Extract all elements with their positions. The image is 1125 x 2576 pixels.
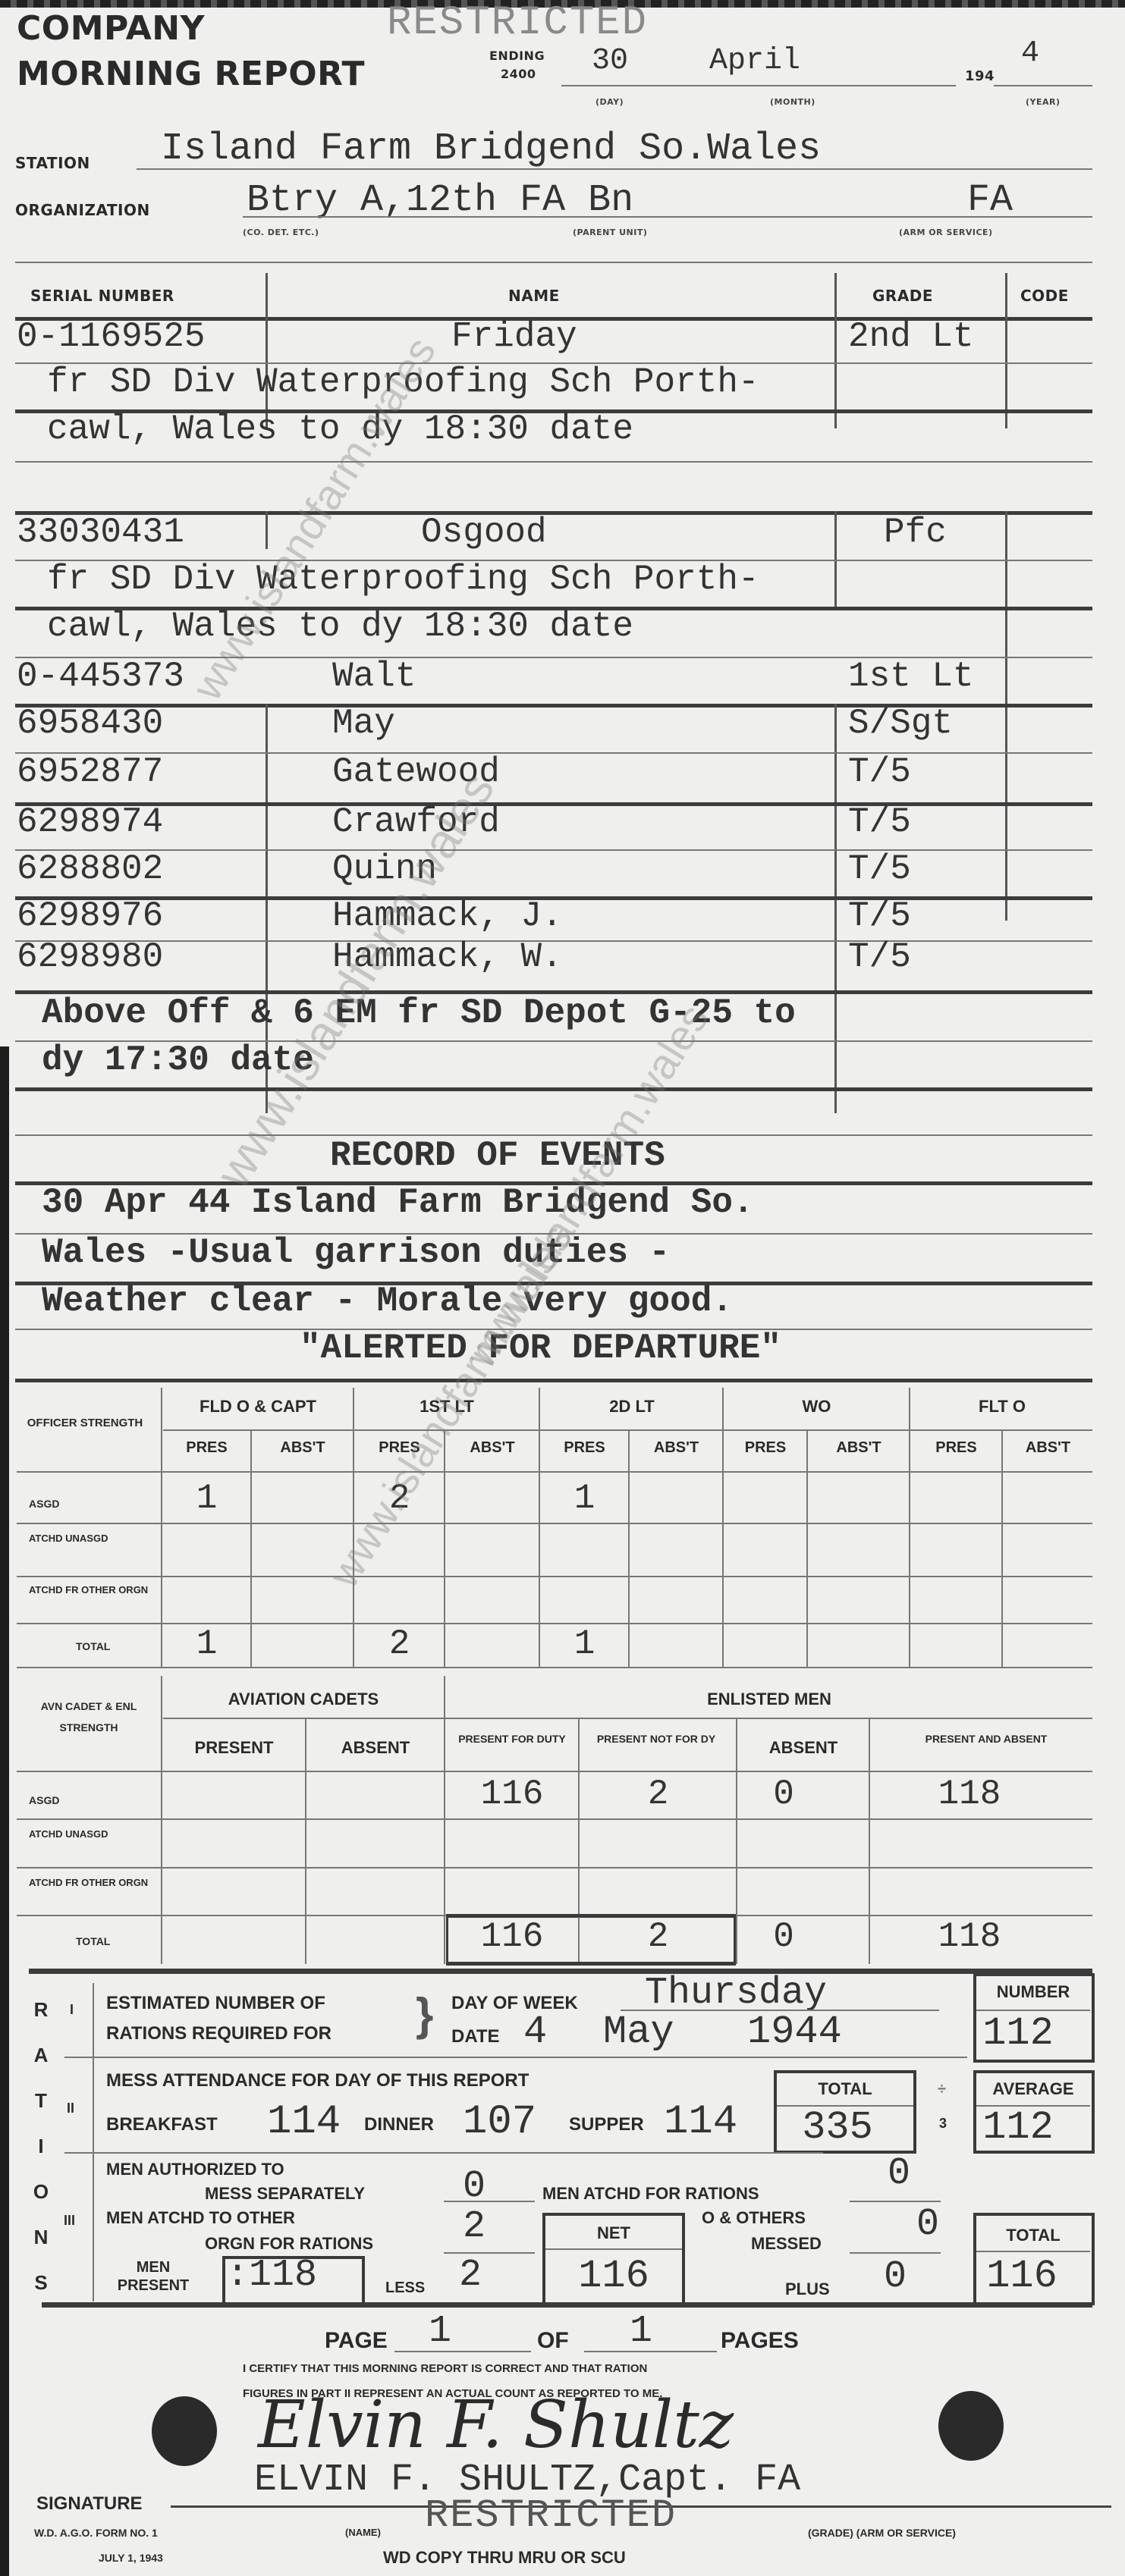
classification-bottom: RESTRICTED	[425, 2493, 677, 2538]
col-present-not-for-duty: PRESENT NOT FOR DY	[592, 1729, 721, 1749]
men-present-value: :118	[226, 2254, 317, 2297]
serial-number: 6952877	[17, 752, 163, 792]
station-value: Island Farm Bridgend So.Wales	[161, 127, 821, 171]
mess-attendance-label: MESS ATTENDANCE FOR DAY OF THIS REPORT	[106, 2070, 529, 2091]
day-of-week-value: Thursday	[645, 1972, 827, 2015]
soldier-grade: 1st Lt	[848, 657, 974, 696]
ration-date-month: May	[603, 2010, 674, 2054]
roster-closing-remark: Above Off & 6 EM fr SD Depot G-25 to	[42, 993, 796, 1033]
less-value: 2	[459, 2254, 482, 2297]
supper-count: 114	[664, 2099, 737, 2145]
soldier-name: Osgood	[421, 513, 547, 552]
page-number: 1	[429, 2310, 451, 2353]
rations-side-label: R A T I O N S	[32, 1987, 50, 2305]
estimated-rations-label: RATIONS REQUIRED FOR	[106, 2023, 332, 2044]
handwritten-signature: Elvin F. Shultz	[258, 2387, 734, 2463]
soldier-name: Crawford	[332, 802, 500, 842]
side-letter: I	[32, 2123, 50, 2169]
plus-label: PLUS	[785, 2279, 830, 2299]
ration-date-year: 1944	[747, 2010, 842, 2054]
side-letter: N	[32, 2214, 50, 2260]
men-present-label-line: PRESENT	[100, 2276, 206, 2295]
men-atchd-for-rations-label: MEN ATCHD FOR RATIONS	[542, 2184, 759, 2204]
scan-left-edge	[0, 1046, 9, 2576]
soldier-name: Hammack, W.	[332, 937, 563, 977]
organization-label: ORGANIZATION	[15, 201, 150, 219]
present-for-duty-total: 116	[446, 1917, 578, 1956]
average-value: 112	[976, 2105, 1060, 2150]
side-letter: R	[32, 1987, 50, 2032]
col-name: NAME	[508, 287, 560, 305]
soldier-grade: T/5	[848, 937, 911, 977]
sub-pres: PRES	[911, 1439, 1001, 1457]
present-and-absent-total: 118	[871, 1917, 1068, 1956]
pages-label: PAGES	[721, 2328, 799, 2354]
row-label-total: TOTAL	[76, 1640, 110, 1652]
year-prefix: 194	[965, 68, 995, 84]
soldier-grade: T/5	[848, 752, 911, 792]
men-present-label: MEN PRESENT	[100, 2258, 206, 2295]
men-authorized-label: MEN AUTHORIZED TO	[106, 2160, 284, 2179]
present-not-for-duty-asgd: 2	[580, 1774, 736, 1814]
aviation-cadets-title: AVIATION CADETS	[163, 1690, 444, 1709]
remark-line: fr SD Div Waterproofing Sch Porth-	[47, 362, 759, 402]
messed-label: MESSED	[751, 2234, 822, 2254]
enlisted-men-title: ENLISTED MEN	[446, 1690, 1092, 1709]
soldier-name: Quinn	[332, 849, 437, 889]
row-label-atchd-fr-other: ATCHD FR OTHER ORGN	[29, 1583, 158, 1597]
parent-unit-caption: (PARENT UNIT)	[573, 227, 647, 237]
sub-abst: ABS'T	[809, 1439, 909, 1457]
part-iii-mark: III	[64, 2213, 75, 2229]
ending-time: 2400	[501, 67, 536, 81]
soldier-name: May	[332, 704, 395, 743]
report-month: April	[709, 44, 800, 78]
dinner-label: DINNER	[364, 2114, 434, 2135]
orgn-for-rations-label: ORGN FOR RATIONS	[205, 2234, 373, 2254]
breakfast-label: BREAKFAST	[106, 2114, 218, 2135]
group-flt-o: FLT O	[911, 1397, 1093, 1417]
2d-lt-pres-total: 1	[541, 1624, 628, 1664]
sub-abst: ABS'T	[1004, 1439, 1092, 1457]
classification-top: RESTRICTED	[387, 0, 648, 46]
men-atchd-other-label: MEN ATCHD TO OTHER	[106, 2208, 295, 2228]
men-present-label-line: MEN	[100, 2258, 206, 2276]
event-line: Wales -Usual garrison duties -	[42, 1233, 670, 1272]
alert-status: "ALERTED FOR DEPARTURE"	[300, 1329, 781, 1368]
2d-lt-pres-asgd: 1	[541, 1479, 628, 1518]
morning-report-form: COMPANY MORNING REPORT RESTRICTED ENDING…	[0, 0, 1125, 2576]
form-id: W.D. A.G.O. FORM NO. 1	[34, 2527, 158, 2539]
group-1st-lt: 1ST LT	[355, 1397, 539, 1417]
serial-number: 6298980	[17, 937, 163, 977]
page-count: 1	[630, 2310, 652, 2353]
record-of-events-title: RECORD OF EVENTS	[330, 1136, 665, 1175]
dinner-count: 107	[463, 2099, 536, 2145]
soldier-grade: Pfc	[884, 513, 947, 552]
ration-number-value: 112	[976, 2011, 1060, 2056]
present-for-duty-asgd: 116	[446, 1774, 578, 1814]
mess-total-value: 335	[777, 2105, 898, 2150]
col-cadet-absent: ABSENT	[307, 1738, 444, 1758]
col-enlisted-absent: ABSENT	[738, 1738, 869, 1758]
copy-note: WD COPY THRU MRU OR SCU	[383, 2548, 626, 2568]
sub-pres: PRES	[724, 1439, 806, 1457]
fld-capt-pres-total: 1	[163, 1624, 250, 1664]
soldier-name: Friday	[451, 317, 577, 356]
absent-asgd: 0	[738, 1774, 829, 1814]
sub-abst: ABS'T	[253, 1439, 353, 1457]
present-and-absent-asgd: 118	[871, 1774, 1068, 1814]
serial-number: 6958430	[17, 704, 163, 743]
supper-label: SUPPER	[569, 2114, 644, 2135]
final-total-label: TOTAL	[976, 2226, 1090, 2245]
col-present-and-absent: PRESENT AND ABSENT	[910, 1729, 1062, 1749]
month-caption: (MONTH)	[770, 97, 815, 107]
serial-number: 0-445373	[17, 657, 184, 696]
soldier-grade: S/Sgt	[848, 704, 953, 743]
row-label-asgd: ASGD	[29, 1794, 59, 1806]
remark-line: cawl, Wales to dy 18:30 date	[47, 409, 633, 449]
plus-value: 0	[884, 2255, 907, 2298]
event-line: 30 Apr 44 Island Farm Bridgend So.	[42, 1183, 754, 1222]
side-letter: A	[32, 2032, 50, 2078]
grade-caption: (GRADE) (ARM OR SERVICE)	[808, 2527, 956, 2539]
row-label-atchd-unasgd: ATCHD UNASGD	[29, 1828, 158, 1841]
men-atchd-for-rations-value: 0	[888, 2152, 910, 2195]
soldier-grade: 2nd Lt	[848, 317, 974, 356]
punch-hole-right	[938, 2391, 1004, 2461]
present-not-for-duty-total: 2	[580, 1917, 736, 1956]
serial-number: 0-1169525	[17, 317, 205, 356]
punch-hole-left	[152, 2396, 217, 2466]
certification-text: I CERTIFY THAT THIS MORNING REPORT IS CO…	[243, 2362, 647, 2375]
divide-icon: ÷	[938, 2081, 946, 2098]
men-atchd-other-value: 2	[463, 2205, 486, 2248]
row-label-asgd: ASGD	[29, 1498, 59, 1510]
part-ii-mark: II	[67, 2101, 74, 2116]
absent-total: 0	[738, 1917, 829, 1956]
others-messed-value: 0	[916, 2203, 939, 2246]
side-letter: T	[32, 2078, 50, 2123]
page-label: PAGE	[325, 2328, 388, 2354]
soldier-name: Gatewood	[332, 752, 500, 792]
average-label: AVERAGE	[976, 2079, 1090, 2099]
less-label: LESS	[385, 2279, 425, 2297]
row-label-atchd-unasgd: ATCHD UNASGD	[29, 1532, 158, 1545]
form-title-morning-report: MORNING REPORT	[17, 55, 365, 93]
soldier-name: Walt	[332, 657, 416, 696]
col-serial-number: SERIAL NUMBER	[30, 287, 174, 305]
sub-pres: PRES	[541, 1439, 628, 1457]
serial-number: 6298976	[17, 896, 163, 936]
row-label-total: TOTAL	[76, 1935, 110, 1947]
1st-lt-pres-total: 2	[355, 1624, 444, 1664]
divisor: 3	[939, 2116, 947, 2132]
enlisted-strength-label: AVN CADET & ENL STRENGTH	[17, 1696, 161, 1738]
col-grade: GRADE	[872, 287, 933, 305]
sub-pres: PRES	[163, 1439, 250, 1457]
date-label: DATE	[451, 2026, 500, 2047]
fld-capt-pres-asgd: 1	[163, 1479, 250, 1518]
day-caption: (DAY)	[595, 97, 624, 107]
year-caption: (YEAR)	[1026, 97, 1061, 107]
report-day: 30	[592, 44, 628, 78]
org-caption: (CO. DET. ETC.)	[243, 227, 319, 237]
side-letter: S	[32, 2260, 50, 2305]
ration-date-day: 4	[523, 2010, 547, 2054]
officer-strength-label: OFFICER STRENGTH	[17, 1410, 153, 1436]
col-present-for-duty: PRESENT FOR DUTY	[455, 1729, 569, 1749]
report-year-digit: 4	[1021, 36, 1039, 71]
mess-total-label: TOTAL	[777, 2079, 913, 2099]
serial-number: 33030431	[17, 513, 184, 552]
row-label-atchd-fr-other: ATCHD FR OTHER ORGN	[29, 1876, 158, 1890]
col-code: CODE	[1020, 287, 1069, 305]
soldier-grade: T/5	[848, 802, 911, 842]
sub-abst: ABS'T	[446, 1439, 539, 1457]
soldier-name: Hammack, J.	[332, 896, 563, 936]
soldier-grade: T/5	[848, 896, 911, 936]
form-title-company: COMPANY	[17, 9, 205, 48]
o-others-label: O & OTHERS	[702, 2208, 806, 2228]
group-2d-lt: 2D LT	[541, 1397, 723, 1417]
mess-separately-label: MESS SEPARATELY	[205, 2184, 365, 2204]
group-fld-o-capt: FLD O & CAPT	[163, 1397, 353, 1417]
remark-line: fr SD Div Waterproofing Sch Porth-	[47, 560, 759, 599]
1st-lt-pres-asgd: 2	[355, 1479, 444, 1518]
station-label: STATION	[15, 154, 90, 172]
sub-pres: PRES	[355, 1439, 444, 1457]
number-label: NUMBER	[976, 1982, 1090, 2002]
col-cadet-present: PRESENT	[163, 1738, 305, 1758]
brace-icon: }	[416, 1988, 433, 2041]
breakfast-count: 114	[267, 2099, 341, 2145]
remark-line: cawl, Wales to dy 18:30 date	[47, 607, 633, 646]
sub-abst: ABS'T	[630, 1439, 722, 1457]
form-date: JULY 1, 1943	[99, 2552, 163, 2564]
serial-number: 6298974	[17, 802, 163, 842]
ending-label: ENDING	[489, 49, 545, 63]
estimated-rations-label: ESTIMATED NUMBER OF	[106, 1993, 325, 2014]
side-letter: O	[32, 2169, 50, 2214]
name-caption: (NAME)	[345, 2527, 381, 2538]
event-line: Weather clear - Morale very good.	[42, 1282, 733, 1321]
signature-label: SIGNATURE	[36, 2493, 143, 2515]
arm-caption: (ARM OR SERVICE)	[899, 227, 993, 237]
group-wo: WO	[724, 1397, 909, 1417]
soldier-grade: T/5	[848, 849, 911, 889]
part-i-mark: I	[70, 2002, 74, 2018]
roster-closing-remark: dy 17:30 date	[42, 1040, 314, 1080]
net-label: NET	[545, 2223, 682, 2243]
final-total-value: 116	[976, 2254, 1067, 2298]
of-label: OF	[537, 2328, 569, 2354]
serial-number: 6288802	[17, 849, 163, 889]
day-of-week-label: DAY OF WEEK	[451, 1993, 578, 2014]
net-value: 116	[545, 2254, 682, 2298]
